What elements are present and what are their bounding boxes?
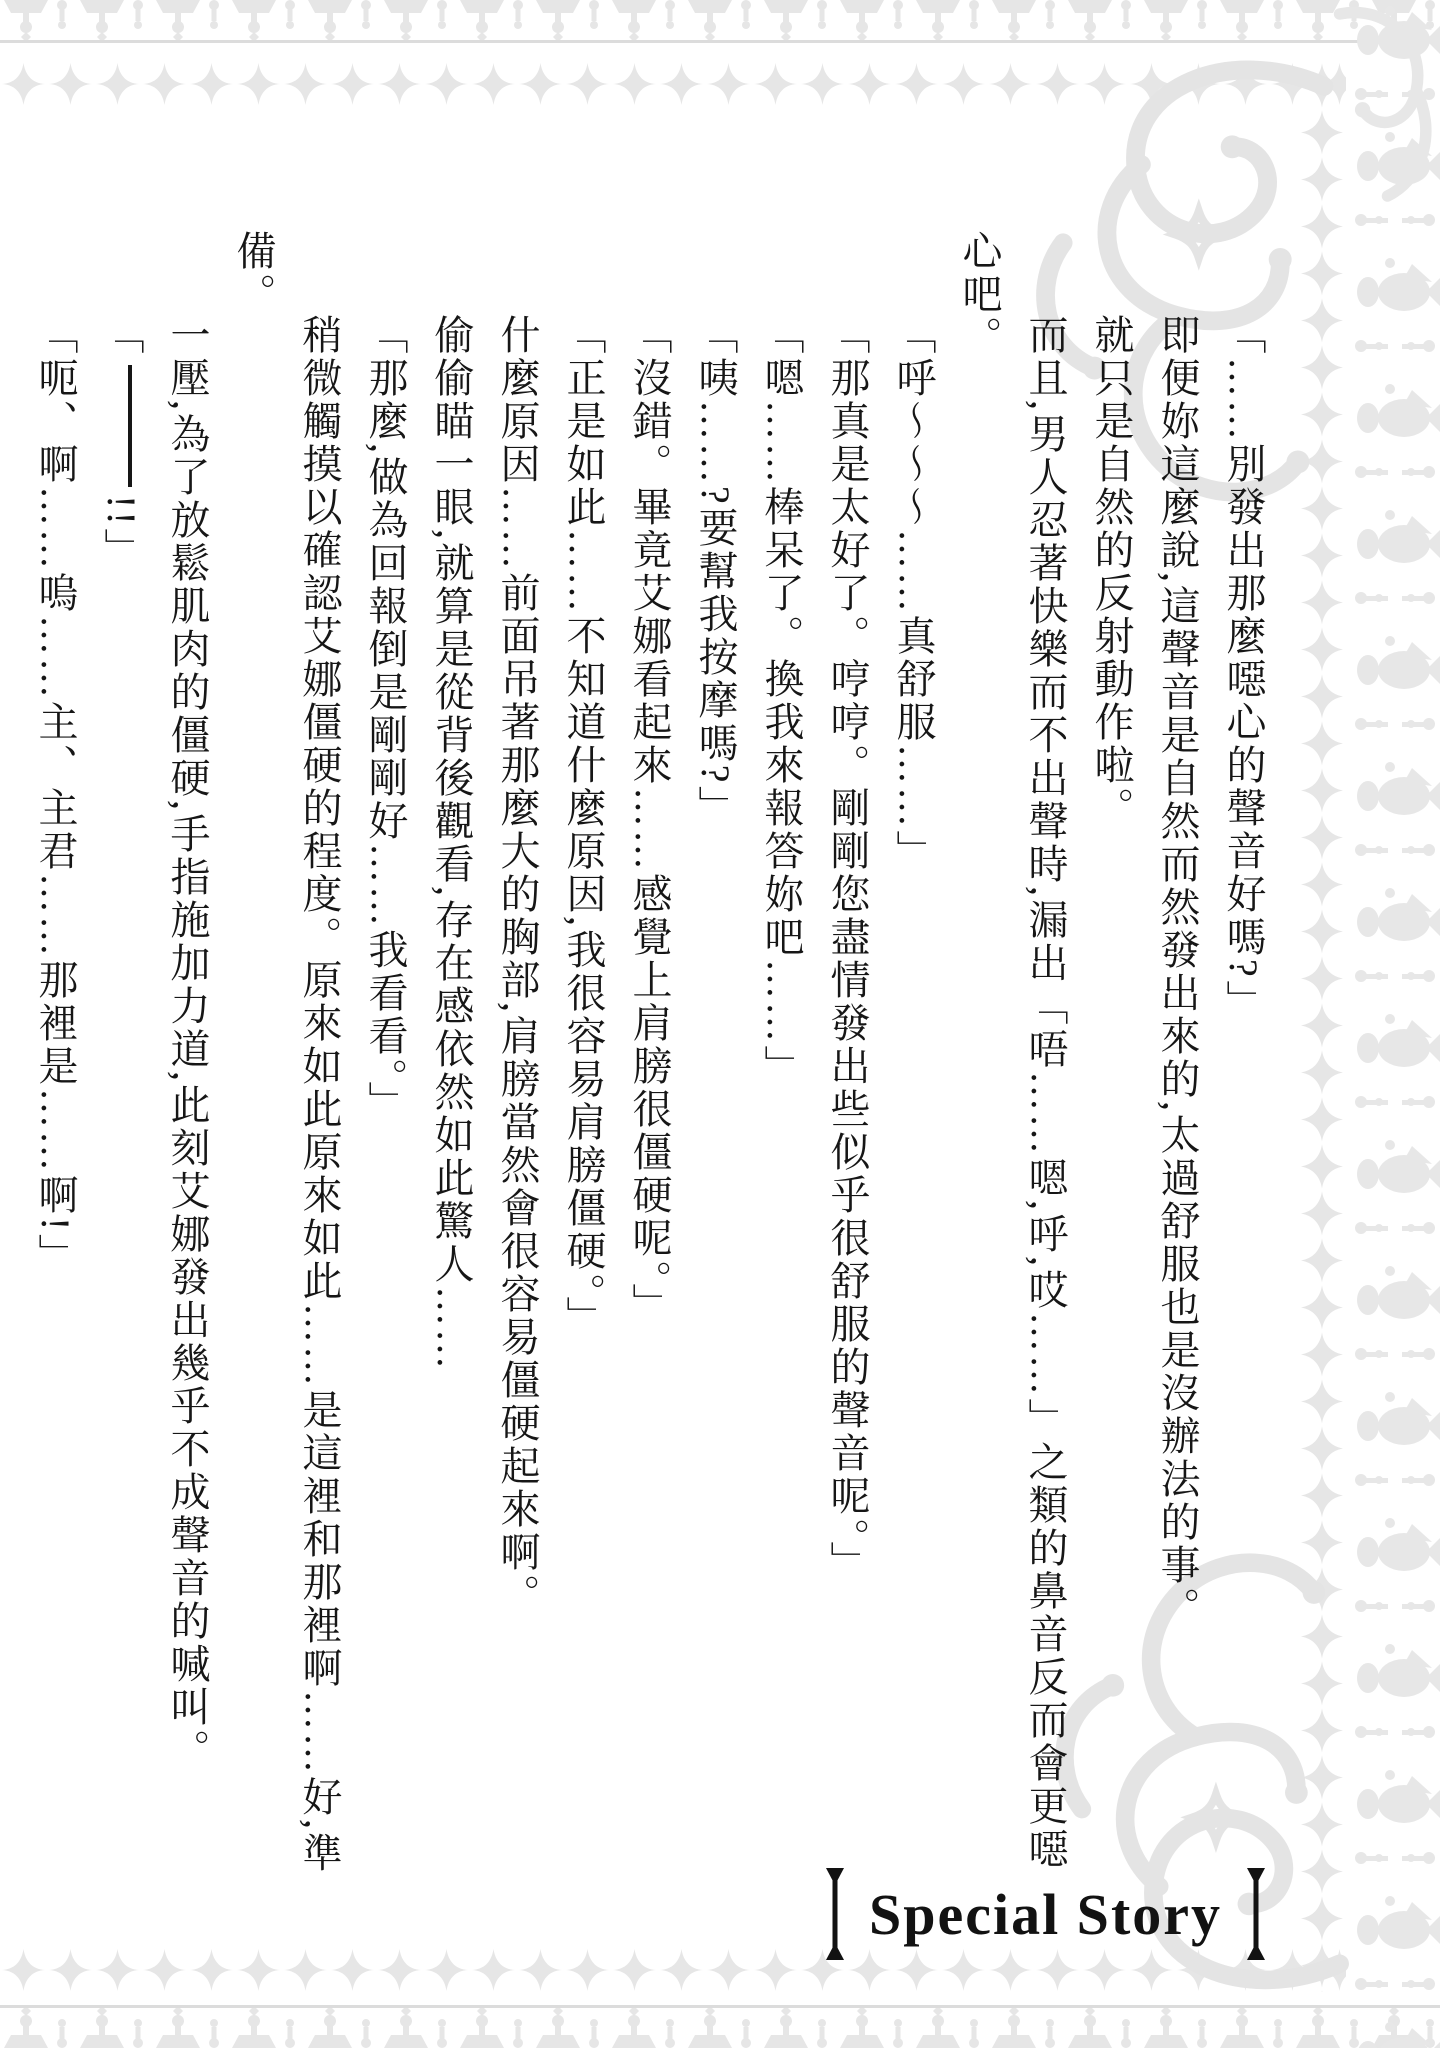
text-column: 偷偷瞄一眼,就算是從背後觀看,存在感依然如此驚人……	[418, 230, 484, 1925]
text-column: 心吧。	[946, 230, 1012, 1925]
text-column: 即便妳這麼說,這聲音是自然而然發出來的,太過舒服也是沒辦法的事。	[1144, 230, 1210, 1925]
diamond-border-right	[1300, 62, 1344, 1992]
long-dash-line	[128, 365, 132, 487]
text-column: 而且,男人忍著快樂而不出聲時,漏出「唔……嗯,呼,哎……」之類的鼻音反而會更噁	[1012, 230, 1078, 1925]
border-top-ornament	[0, 0, 1440, 40]
title-bracket-left-icon	[823, 1868, 847, 1960]
top-rule-line	[0, 40, 1440, 43]
border-bottom-ornament	[0, 2008, 1440, 2048]
special-story-title: Special Story	[823, 1868, 1268, 1960]
novel-page: 「……別發出那麼噁心的聲音好嗎?」即便妳這麼說,這聲音是自然而然發出來的,太過舒…	[0, 0, 1440, 2048]
corner-flourish-top-edge	[1330, 0, 1440, 210]
text-column: 「咦……?要幫我按摩嗎?」	[682, 230, 748, 1925]
text-column: 就只是自然的反射動作啦。	[1078, 230, 1144, 1925]
text-columns: 「……別發出那麼噁心的聲音好嗎?」即便妳這麼說,這聲音是自然而然發出來的,太過舒…	[76, 230, 1276, 1925]
text-column: 「嗯……棒呆了。換我來報答妳吧……」	[748, 230, 814, 1925]
diamond-border-top	[0, 62, 1346, 106]
text-column: 「沒錯。畢竟艾娜看起來……感覺上肩膀很僵硬呢。」	[616, 230, 682, 1925]
bottom-rule-line	[0, 2005, 1440, 2008]
text-column: 「那麼,做為回報倒是剛剛好……我看看。」	[352, 230, 418, 1925]
title-text: Special Story	[869, 1881, 1222, 1948]
text-column: 「正是如此……不知道什麼原因,我很容易肩膀僵硬。」	[550, 230, 616, 1925]
text-column: 「……別發出那麼噁心的聲音好嗎?」	[1210, 230, 1276, 1925]
text-column: 「呼〜〜〜……真舒服……」	[880, 230, 946, 1925]
side-ornament-right	[1352, 0, 1440, 2048]
text-column: 一壓,為了放鬆肌肉的僵硬,手指施加力道,此刻艾娜發出幾乎不成聲音的喊叫。	[154, 230, 220, 1925]
text-column: 「呃、啊……嗚……主、主君……那裡是……啊!」	[22, 230, 88, 1925]
text-column: 「那真是太好了。哼哼。剛剛您盡情發出些似乎很舒服的聲音呢。」	[814, 230, 880, 1925]
title-bracket-right-icon	[1244, 1868, 1268, 1960]
text-column: 稍微觸摸以確認艾娜僵硬的程度。原來如此原來如此……是這裡和那裡啊……好,準備。	[220, 230, 352, 1925]
text-column: 什麼原因……前面吊著那麼大的胸部,肩膀當然會很容易僵硬起來啊。	[484, 230, 550, 1925]
text-column: 「!!」	[88, 230, 154, 1925]
